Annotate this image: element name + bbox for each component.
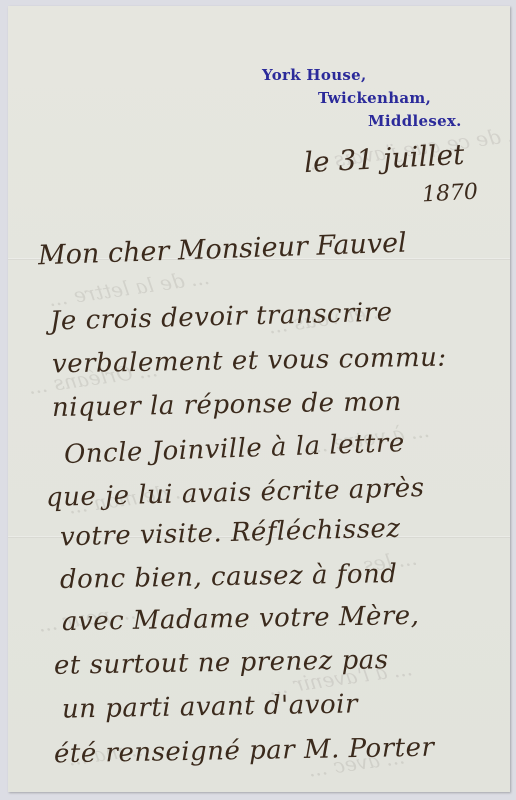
letterhead-address: York House, Twickenham, Middlesex. — [262, 64, 462, 133]
letterhead-line: York House, — [262, 64, 462, 87]
body-line: Oncle Joinville à la lettre — [64, 428, 406, 470]
body-line: un parti avant d'avoir — [62, 689, 358, 724]
body-line: avec Madame votre Mère, — [62, 601, 420, 637]
letter-year: 1870 — [421, 180, 478, 208]
body-line: que je lui avais écrite après — [46, 473, 425, 513]
letter-date: le 31 juillet — [303, 138, 465, 179]
body-line: donc bien, causez à fond — [60, 559, 398, 595]
body-line: votre visite. Réfléchissez — [60, 514, 401, 553]
letter-salutation: Mon cher Monsieur Fauvel — [38, 228, 408, 272]
letterhead-line: Twickenham, — [262, 87, 462, 110]
body-line: et surtout ne prenez pas — [54, 645, 389, 681]
body-line: verbalement et vous commu: — [52, 343, 447, 380]
letterhead-line: Middlesex. — [262, 110, 462, 133]
letter-page: ... de ce que j'avais ... ... de la lett… — [8, 6, 510, 792]
body-line: niquer la réponse de mon — [52, 387, 402, 423]
